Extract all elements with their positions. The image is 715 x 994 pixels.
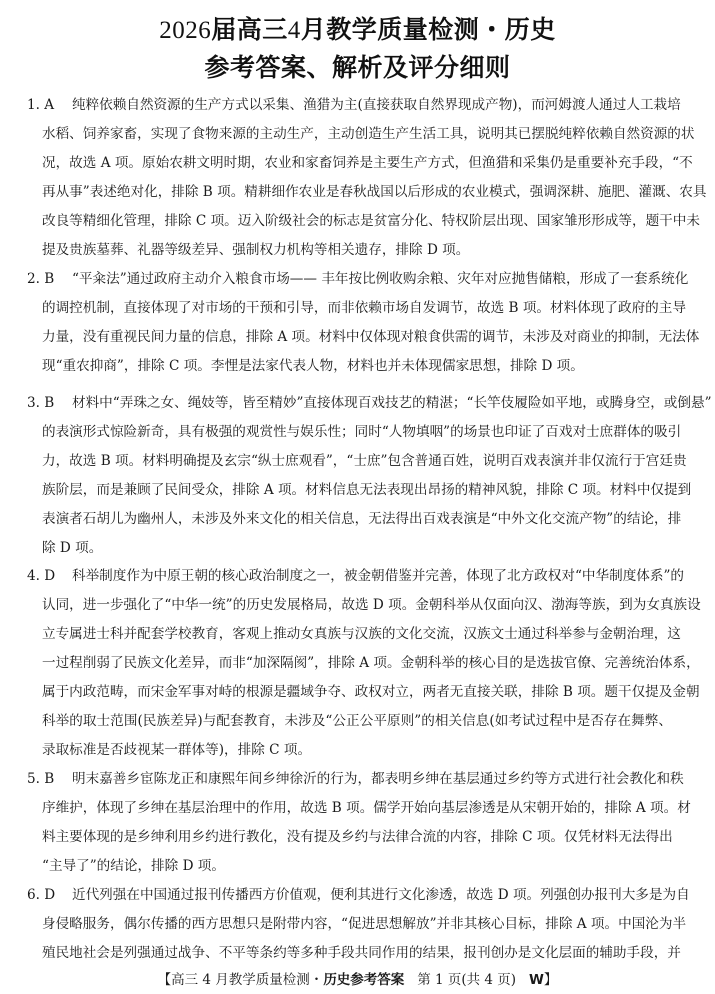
answer-text: 近代列强在中国通过报刊传播西方价值观，便利其进行文化渗透，故选 D 项。列强创办… bbox=[72, 887, 690, 903]
q3-line-2: 的表演形式惊险新奇，具有极强的观赏性与娱乐性；同时“人物填咽”的场景也印证了百戏… bbox=[42, 422, 672, 442]
q6-line-3: 殖民地社会是列强通过战争、不平等条约等多种手段共同作用的结果，报刊创办是文化层面… bbox=[42, 943, 672, 963]
question-number: 6. D bbox=[27, 885, 72, 905]
title-exam: 月教学质量检测・历史 bbox=[301, 15, 556, 44]
answer-text: 纯粹依赖自然资源的生产方式以采集、渔猎为主(直接获取自然界现成产物)，而河姆渡人… bbox=[72, 97, 681, 113]
q5-line-4: “主导了”的结论，排除 D 项。 bbox=[42, 856, 672, 876]
q4-line-6: 科举的取士范围(民族差异)与配套教育，未涉及“公正公平原则”的相关信息(如考试过… bbox=[42, 711, 672, 731]
question-number: 5. B bbox=[27, 769, 72, 789]
q4-line-1: 4. D科举制度作为中原王朝的核心政治制度之一，被金朝借鉴并完善，体现了北方政权… bbox=[27, 566, 672, 586]
q6-line-1: 6. D近代列强在中国通过报刊传播西方价值观，便利其进行文化渗透，故选 D 项。… bbox=[27, 885, 672, 905]
title-grade: 届高三 bbox=[211, 15, 288, 44]
question-number: 4. D bbox=[27, 566, 72, 586]
document-subtitle: 参考答案、解析及评分细则 bbox=[0, 48, 715, 84]
answer-text: “平籴法”通过政府主动介入粮食市场—— 丰年按比例收购余粮、灾年对应抛售储粮，形… bbox=[72, 271, 688, 287]
q5-line-2: 序维护，体现了乡绅在基层治理中的作用，故选 B 项。儒学开始向基层渗透是从宋朝开… bbox=[42, 798, 672, 818]
q1-line-3: 况，故选 A 项。原始农耕文明时期，农业和家畜饲养是主要生产方式，但渔猎和采集仍… bbox=[42, 153, 672, 173]
footer-exam-name: 高三 4 月教学质量检测・ bbox=[171, 972, 323, 988]
q3-line-6: 除 D 项。 bbox=[42, 538, 672, 558]
q4-line-3: 立专属进士科并配套学校教育，客观上推动女真族与汉族的文化交流，汉族文士通过科举参… bbox=[42, 624, 672, 644]
footer-code: W bbox=[529, 972, 544, 988]
q2-line-1: 2. B“平籴法”通过政府主动介入粮食市场—— 丰年按比例收购余粮、灾年对应抛售… bbox=[27, 269, 672, 289]
q3-line-4: 族阶层，而是兼顾了民间受众，排除 A 项。材料信息无法表现出昂扬的精神风貌，排除… bbox=[42, 480, 672, 500]
q3-line-3: 力，故选 B 项。材料明确提及玄宗“纵士庶观看”，“士庶”包含普通百姓，说明百戏… bbox=[42, 451, 672, 471]
q3-line-1: 3. B材料中“弄珠之女、绳妓等，皆至精妙”直接体现百戏技艺的精湛；“长竿伎履险… bbox=[27, 393, 672, 413]
q5-line-1: 5. B明末嘉善乡宦陈龙正和康熙年间乡绅徐沂的行为，都表明乡绅在基层通过乡约等方… bbox=[27, 769, 672, 789]
q1-line-1: 1. A纯粹依赖自然资源的生产方式以采集、渔猎为主(直接获取自然界现成产物)，而… bbox=[27, 95, 672, 115]
footer-doc-name: 历史参考答案 bbox=[323, 972, 404, 988]
question-number: 2. B bbox=[27, 269, 72, 289]
q1-line-5: 改良等精细化管理，排除 C 项。迈入阶级社会的标志是贫富分化、特权阶层出现、国家… bbox=[42, 211, 672, 231]
q4-line-2: 认同，进一步强化了“中华一统”的历史发展格局，故选 D 项。金朝科举从仅面向汉、… bbox=[42, 595, 672, 615]
question-number: 3. B bbox=[27, 393, 72, 413]
q2-line-2: 的调控机制，直接体现了对市场的干预和引导，而非依赖市场自发调节，故选 B 项。材… bbox=[42, 298, 672, 318]
q5-line-3: 料主要体现的是乡绅利用乡约进行教化，没有提及乡约与法律合流的内容，排除 C 项。… bbox=[42, 827, 672, 847]
q3-line-5: 表演者石胡儿为幽州人，未涉及外来文化的相关信息，无法得出百戏表演是“中外文化交流… bbox=[42, 509, 672, 529]
q1-line-4: 再从事”表述绝对化，排除 B 项。精耕细作农业是春秋战国以后形成的农业模式，强调… bbox=[42, 182, 672, 202]
q4-line-4: 一过程削弱了民族文化差异，而非“加深隔阂”，排除 A 项。金朝科举的核心目的是选… bbox=[42, 653, 672, 673]
footer-page-number: 第 1 页(共 4 页) bbox=[417, 972, 516, 988]
document-title: 2026届高三4月教学质量检测・历史 bbox=[0, 10, 715, 46]
footer-bracket-close: 】 bbox=[544, 972, 558, 988]
q6-line-2: 身侵略服务，偶尔传播的西方思想只是附带内容，“促进思想解放”并非其核心目标，排除… bbox=[42, 914, 672, 934]
title-year: 2026 bbox=[159, 17, 211, 44]
q1-line-6: 提及贵族墓葬、礼器等级差异、强制权力机构等相关遗存，排除 D 项。 bbox=[42, 240, 672, 260]
q2-line-4: 现“重农抑商”，排除 C 项。李悝是法家代表人物，材料也并未体现儒家思想，排除 … bbox=[42, 356, 672, 376]
q1-line-2: 水稻、饲养家畜，实现了食物来源的主动生产，主动创造生产生活工具，说明其已摆脱纯粹… bbox=[42, 124, 672, 144]
q2-line-3: 力量，没有重视民间力量的信息，排除 A 项。材料中仅体现对粮食供需的调节，未涉及… bbox=[42, 327, 672, 347]
q4-line-5: 属于内政范畴，而宋金军事对峙的根源是疆域争夺、政权对立，两者无直接关联，排除 B… bbox=[42, 682, 672, 702]
answer-text: 明末嘉善乡宦陈龙正和康熙年间乡绅徐沂的行为，都表明乡绅在基层通过乡约等方式进行社… bbox=[72, 771, 684, 787]
title-month: 4 bbox=[288, 17, 301, 44]
answer-text: 科举制度作为中原王朝的核心政治制度之一，被金朝借鉴并完善，体现了北方政权对“中华… bbox=[72, 568, 684, 584]
question-number: 1. A bbox=[27, 95, 72, 115]
page-footer: 【高三 4 月教学质量检测・历史参考答案 第 1 页(共 4 页) W】 bbox=[0, 968, 715, 988]
q4-line-7: 录取标准是否歧视某一群体等)，排除 C 项。 bbox=[42, 740, 672, 760]
answer-text: 材料中“弄珠之女、绳妓等，皆至精妙”直接体现百戏技艺的精湛；“长竿伎履险如平地，… bbox=[72, 395, 712, 411]
footer-bracket-open: 【 bbox=[158, 972, 172, 988]
